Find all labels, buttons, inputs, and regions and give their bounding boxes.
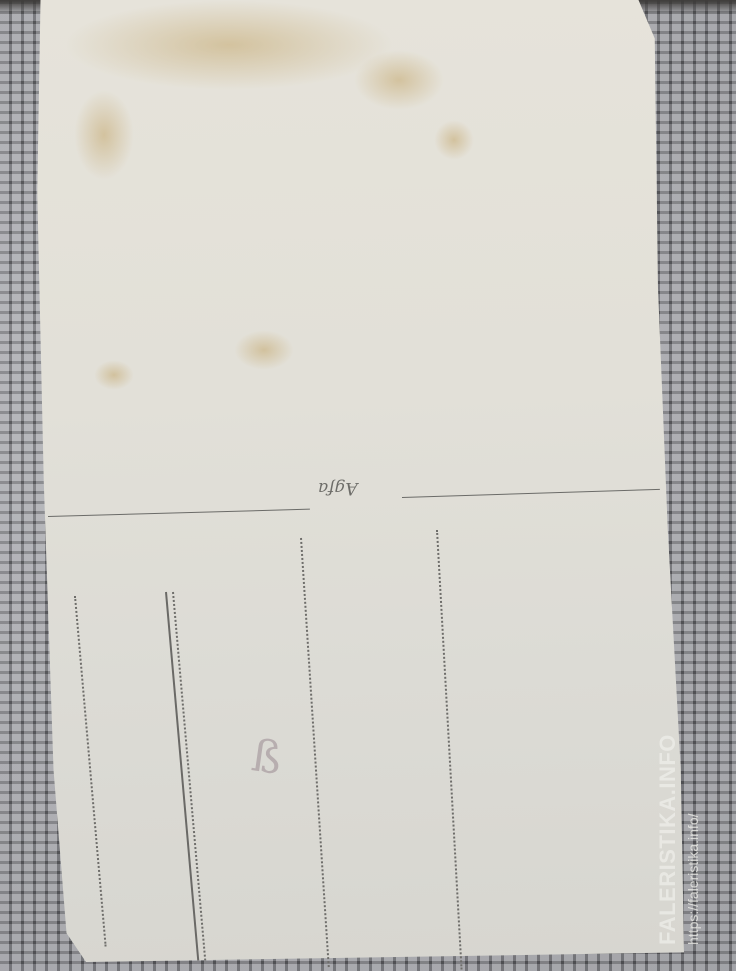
postcard-back — [34, 0, 684, 962]
age-stain — [434, 120, 474, 160]
age-stain — [94, 360, 134, 390]
watermark-url: https://faleristika.info/ — [685, 765, 701, 945]
age-stain — [234, 330, 294, 370]
watermark-site-name: FALERISTIKA.INFO — [655, 765, 681, 945]
age-stain — [74, 90, 134, 180]
age-stain — [354, 50, 444, 110]
watermark: FALERISTIKA.INFO https://faleristika.inf… — [655, 765, 715, 945]
age-stain — [64, 0, 394, 90]
brand-imprint: Agfa — [318, 478, 358, 498]
